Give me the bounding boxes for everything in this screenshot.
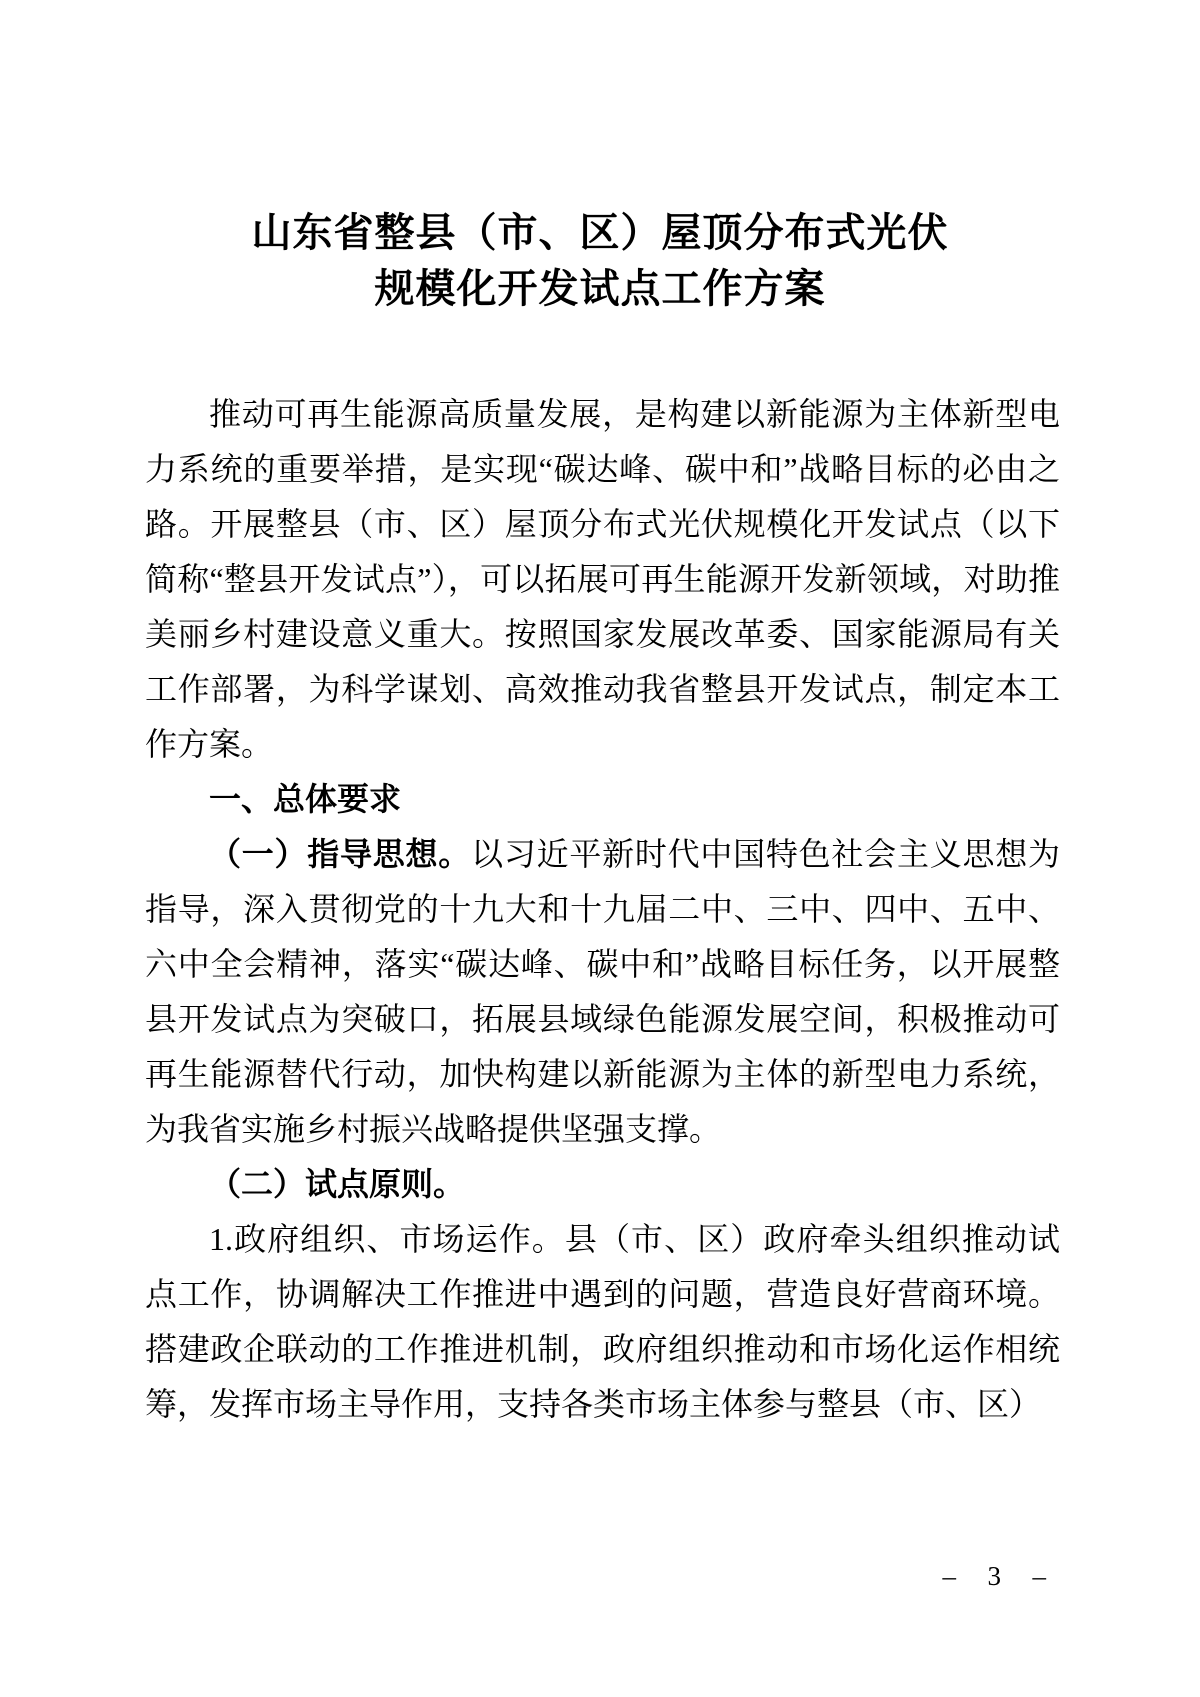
item-1-paragraph: 1.政府组织、市场运作。县（市、区）政府牵头组织推动试点工作，协调解决工作推进中… (145, 1212, 1060, 1432)
document-body: 推动可再生能源高质量发展，是构建以新能源为主体新型电力系统的重要举措，是实现“碳… (145, 387, 1060, 1432)
subsection-1-text: 以习近平新时代中国特色社会主义思想为指导，深入贯彻党的十九大和十九届二中、三中、… (145, 836, 1060, 1147)
document-title: 山东省整县（市、区）屋顶分布式光伏 规模化开发试点工作方案 (0, 0, 1200, 317)
intro-paragraph: 推动可再生能源高质量发展，是构建以新能源为主体新型电力系统的重要举措，是实现“碳… (145, 387, 1060, 772)
subsection-2-lead: （二）试点原则。 (209, 1166, 465, 1202)
subsection-1-lead: （一）指导思想。 (209, 836, 471, 872)
document-title-line1: 山东省整县（市、区）屋顶分布式光伏 (252, 210, 949, 255)
page-number: – 3 – (943, 1556, 1053, 1596)
intro-text: 推动可再生能源高质量发展，是构建以新能源为主体新型电力系统的重要举措，是实现“碳… (145, 396, 1060, 762)
subsection-2-paragraph: （二）试点原则。 (145, 1157, 1060, 1212)
subsection-1-paragraph: （一）指导思想。以习近平新时代中国特色社会主义思想为指导，深入贯彻党的十九大和十… (145, 827, 1060, 1157)
document-page: 山东省整县（市、区）屋顶分布式光伏 规模化开发试点工作方案 推动可再生能源高质量… (0, 0, 1200, 1697)
section-heading-1-text: 一、总体要求 (209, 781, 401, 817)
section-heading-1: 一、总体要求 (145, 772, 1060, 827)
item-1-text: 1.政府组织、市场运作。县（市、区）政府牵头组织推动试点工作，协调解决工作推进中… (145, 1221, 1060, 1422)
document-title-line2: 规模化开发试点工作方案 (375, 266, 826, 311)
